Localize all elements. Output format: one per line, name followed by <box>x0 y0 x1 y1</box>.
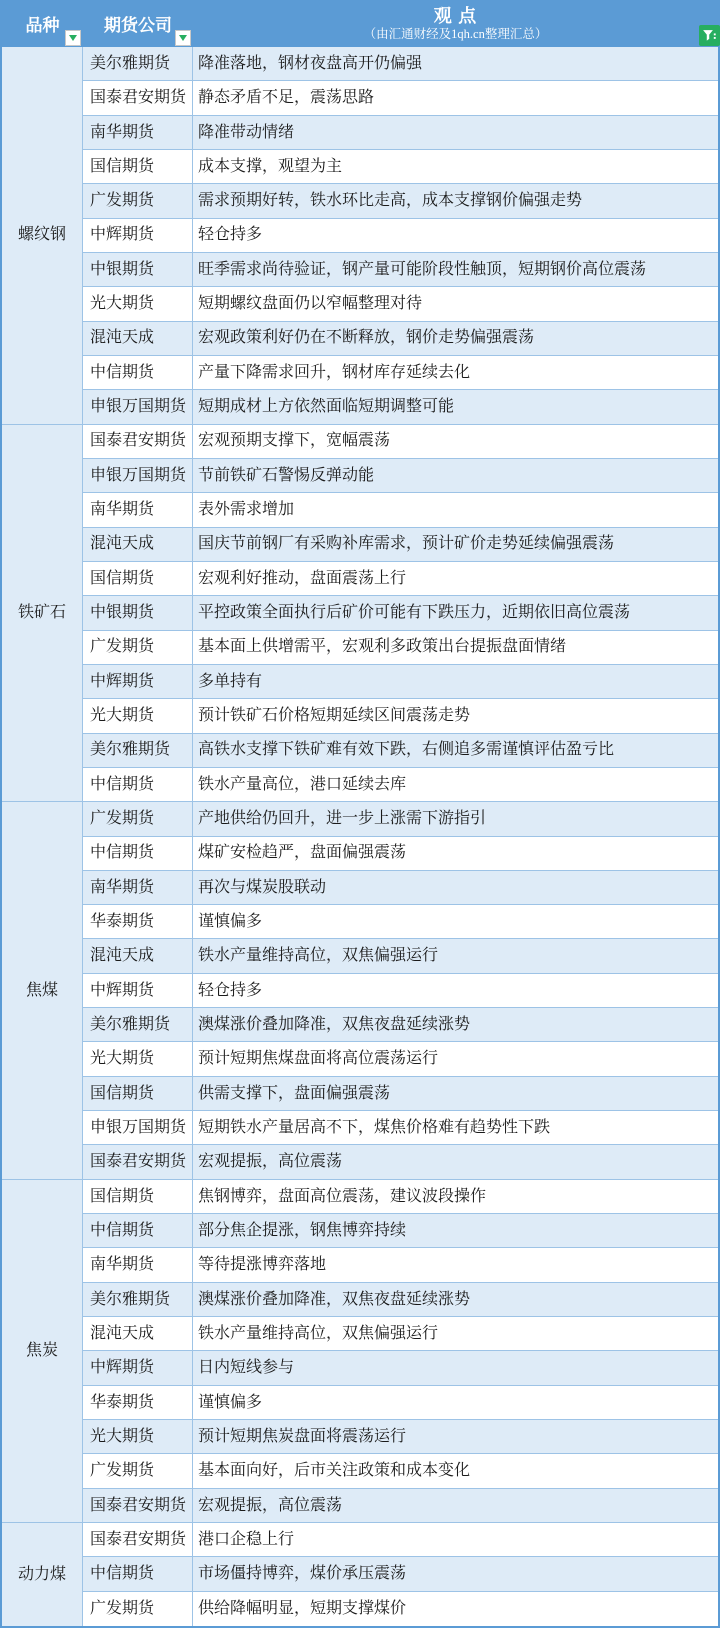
company-cell: 申银万国期货 <box>83 1111 193 1145</box>
viewpoint-cell: 部分焦企提涨，钢焦博弈持续 <box>193 1214 718 1248</box>
company-cell: 国泰君安期货 <box>83 1489 193 1523</box>
company-cell: 美尔雅期货 <box>83 47 193 81</box>
company-cell: 混沌天成 <box>83 1317 193 1351</box>
viewpoint-cell: 宏观提振，高位震荡 <box>193 1489 718 1523</box>
viewpoint-cell: 供需支撑下，盘面偏强震荡 <box>193 1077 718 1111</box>
company-cell: 中辉期货 <box>83 219 193 253</box>
company-cell: 混沌天成 <box>83 939 193 973</box>
category-cell: 螺纹钢 <box>2 47 83 425</box>
company-cell: 华泰期货 <box>83 1386 193 1420</box>
company-cell: 美尔雅期货 <box>83 1283 193 1317</box>
viewpoint-cell: 产地供给仍回升，进一步上涨需下游指引 <box>193 802 718 836</box>
company-cell: 申银万国期货 <box>83 459 193 493</box>
company-cell: 国泰君安期货 <box>83 1145 193 1179</box>
viewpoint-title: 观 点 <box>434 6 478 27</box>
viewpoint-cell: 平控政策全面执行后矿价可能有下跌压力，近期依旧高位震荡 <box>193 596 718 630</box>
company-cell: 南华期货 <box>83 871 193 905</box>
company-cell: 广发期货 <box>83 1454 193 1488</box>
company-cell: 中信期货 <box>83 1214 193 1248</box>
viewpoint-cell: 谨慎偏多 <box>193 1386 718 1420</box>
header-viewpoint: 观 点 （由汇通财经及1qh.cn整理汇总） <box>193 0 718 47</box>
company-cell: 混沌天成 <box>83 322 193 356</box>
company-cell: 中信期货 <box>83 837 193 871</box>
company-cell: 广发期货 <box>83 184 193 218</box>
viewpoint-cell: 焦钢博弈，盘面高位震荡，建议波段操作 <box>193 1180 718 1214</box>
viewpoint-cell: 需求预期好转，铁水环比走高，成本支撑钢价偏强走势 <box>193 184 718 218</box>
company-cell: 国信期货 <box>83 150 193 184</box>
viewpoint-cell: 铁水产量维持高位，双焦偏强运行 <box>193 1317 718 1351</box>
variety-filter-button[interactable] <box>65 30 81 46</box>
company-cell: 光大期货 <box>83 1042 193 1076</box>
company-cell: 国泰君安期货 <box>83 81 193 115</box>
viewpoint-cell: 基本面上供增需平，宏观利多政策出台提振盘面情绪 <box>193 631 718 665</box>
company-cell: 国泰君安期货 <box>83 1523 193 1557</box>
variety-header-label: 品种 <box>26 11 60 36</box>
viewpoint-cell: 节前铁矿石警惕反弹动能 <box>193 459 718 493</box>
viewpoint-cell: 轻仓持多 <box>193 974 718 1008</box>
company-cell: 南华期货 <box>83 1248 193 1282</box>
company-cell: 国信期货 <box>83 1180 193 1214</box>
company-cell: 中信期货 <box>83 1557 193 1591</box>
viewpoint-cell: 短期铁水产量居高不下，煤焦价格难有趋势性下跌 <box>193 1111 718 1145</box>
viewpoint-cell: 铁水产量维持高位，双焦偏强运行 <box>193 939 718 973</box>
viewpoint-cell: 市场僵持博弈，煤价承压震荡 <box>193 1557 718 1591</box>
viewpoint-cell: 轻仓持多 <box>193 219 718 253</box>
header-company: 期货公司 <box>83 0 193 47</box>
company-cell: 美尔雅期货 <box>83 1008 193 1042</box>
company-cell: 国信期货 <box>83 1077 193 1111</box>
company-cell: 中信期货 <box>83 768 193 802</box>
dropdown-arrow-icon <box>69 35 77 41</box>
dropdown-arrow-icon <box>179 35 187 41</box>
company-cell: 混沌天成 <box>83 528 193 562</box>
viewpoint-cell: 谨慎偏多 <box>193 905 718 939</box>
viewpoint-cell: 供给降幅明显，短期支撑煤价 <box>193 1592 718 1626</box>
viewpoint-cell: 高铁水支撑下铁矿难有效下跌，右侧追多需谨慎评估盈亏比 <box>193 734 718 768</box>
viewpoint-cell: 澳煤涨价叠加降准，双焦夜盘延续涨势 <box>193 1008 718 1042</box>
company-cell: 华泰期货 <box>83 905 193 939</box>
company-cell: 国泰君安期货 <box>83 425 193 459</box>
viewpoint-cell: 港口企稳上行 <box>193 1523 718 1557</box>
category-cell: 焦炭 <box>2 1180 83 1523</box>
viewpoint-cell: 降准带动情绪 <box>193 116 718 150</box>
viewpoint-cell: 宏观提振，高位震荡 <box>193 1145 718 1179</box>
viewpoint-cell: 短期成材上方依然面临短期调整可能 <box>193 390 718 424</box>
category-cell: 焦煤 <box>2 802 83 1180</box>
viewpoint-cell: 产量下降需求回升，钢材库存延续去化 <box>193 356 718 390</box>
viewpoint-cell: 预计铁矿石价格短期延续区间震荡走势 <box>193 699 718 733</box>
viewpoint-cell: 日内短线参与 <box>193 1351 718 1385</box>
company-cell: 光大期货 <box>83 287 193 321</box>
company-header-label: 期货公司 <box>104 11 172 36</box>
table-body: 螺纹钢美尔雅期货降准落地，钢材夜盘高开仍偏强国泰君安期货静态矛盾不足，震荡思路南… <box>2 47 718 1626</box>
company-filter-button[interactable] <box>175 30 191 46</box>
viewpoint-cell: 宏观利好推动，盘面震荡上行 <box>193 562 718 596</box>
company-cell: 中辉期货 <box>83 974 193 1008</box>
company-cell: 南华期货 <box>83 493 193 527</box>
table-header: 品种 期货公司 观 点 （由汇通财经及1qh.cn整理汇总） <box>2 0 718 47</box>
company-cell: 中辉期货 <box>83 665 193 699</box>
viewpoint-cell: 成本支撑，观望为主 <box>193 150 718 184</box>
viewpoint-cell: 等待提涨博弈落地 <box>193 1248 718 1282</box>
viewpoint-cell: 预计短期焦煤盘面将高位震荡运行 <box>193 1042 718 1076</box>
company-cell: 光大期货 <box>83 1420 193 1454</box>
viewpoint-cell: 宏观政策利好仍在不断释放，钢价走势偏强震荡 <box>193 322 718 356</box>
company-cell: 南华期货 <box>83 116 193 150</box>
company-cell: 国信期货 <box>83 562 193 596</box>
viewpoint-subtitle: （由汇通财经及1qh.cn整理汇总） <box>364 27 548 41</box>
viewpoint-cell: 降准落地，钢材夜盘高开仍偏强 <box>193 47 718 81</box>
viewpoint-cell: 铁水产量高位，港口延续去库 <box>193 768 718 802</box>
company-cell: 广发期货 <box>83 1592 193 1626</box>
category-cell: 动力煤 <box>2 1523 83 1626</box>
company-cell: 中信期货 <box>83 356 193 390</box>
viewpoint-cell: 预计短期焦炭盘面将震荡运行 <box>193 1420 718 1454</box>
viewpoint-cell: 国庆节前钢厂有采购补库需求，预计矿价走势延续偏强震荡 <box>193 528 718 562</box>
company-cell: 美尔雅期货 <box>83 734 193 768</box>
futures-views-table: 品种 期货公司 观 点 （由汇通财经及1qh.cn整理汇总） 螺纹钢美尔雅期货降… <box>0 0 720 1628</box>
category-cell: 铁矿石 <box>2 425 83 803</box>
toolbar-filter-button[interactable] <box>699 25 720 46</box>
funnel-filter-icon <box>702 28 717 43</box>
company-cell: 申银万国期货 <box>83 390 193 424</box>
viewpoint-cell: 静态矛盾不足，震荡思路 <box>193 81 718 115</box>
viewpoint-cell: 基本面向好，后市关注政策和成本变化 <box>193 1454 718 1488</box>
viewpoint-cell: 旺季需求尚待验证，钢产量可能阶段性触顶，短期钢价高位震荡 <box>193 253 718 287</box>
header-variety: 品种 <box>2 0 83 47</box>
company-cell: 中银期货 <box>83 596 193 630</box>
company-cell: 中银期货 <box>83 253 193 287</box>
viewpoint-cell: 多单持有 <box>193 665 718 699</box>
company-cell: 广发期货 <box>83 631 193 665</box>
viewpoint-cell: 宏观预期支撑下，宽幅震荡 <box>193 425 718 459</box>
viewpoint-cell: 煤矿安检趋严，盘面偏强震荡 <box>193 837 718 871</box>
company-cell: 光大期货 <box>83 699 193 733</box>
company-cell: 广发期货 <box>83 802 193 836</box>
viewpoint-cell: 再次与煤炭股联动 <box>193 871 718 905</box>
viewpoint-cell: 表外需求增加 <box>193 493 718 527</box>
viewpoint-cell: 短期螺纹盘面仍以窄幅整理对待 <box>193 287 718 321</box>
company-cell: 中辉期货 <box>83 1351 193 1385</box>
viewpoint-cell: 澳煤涨价叠加降准，双焦夜盘延续涨势 <box>193 1283 718 1317</box>
